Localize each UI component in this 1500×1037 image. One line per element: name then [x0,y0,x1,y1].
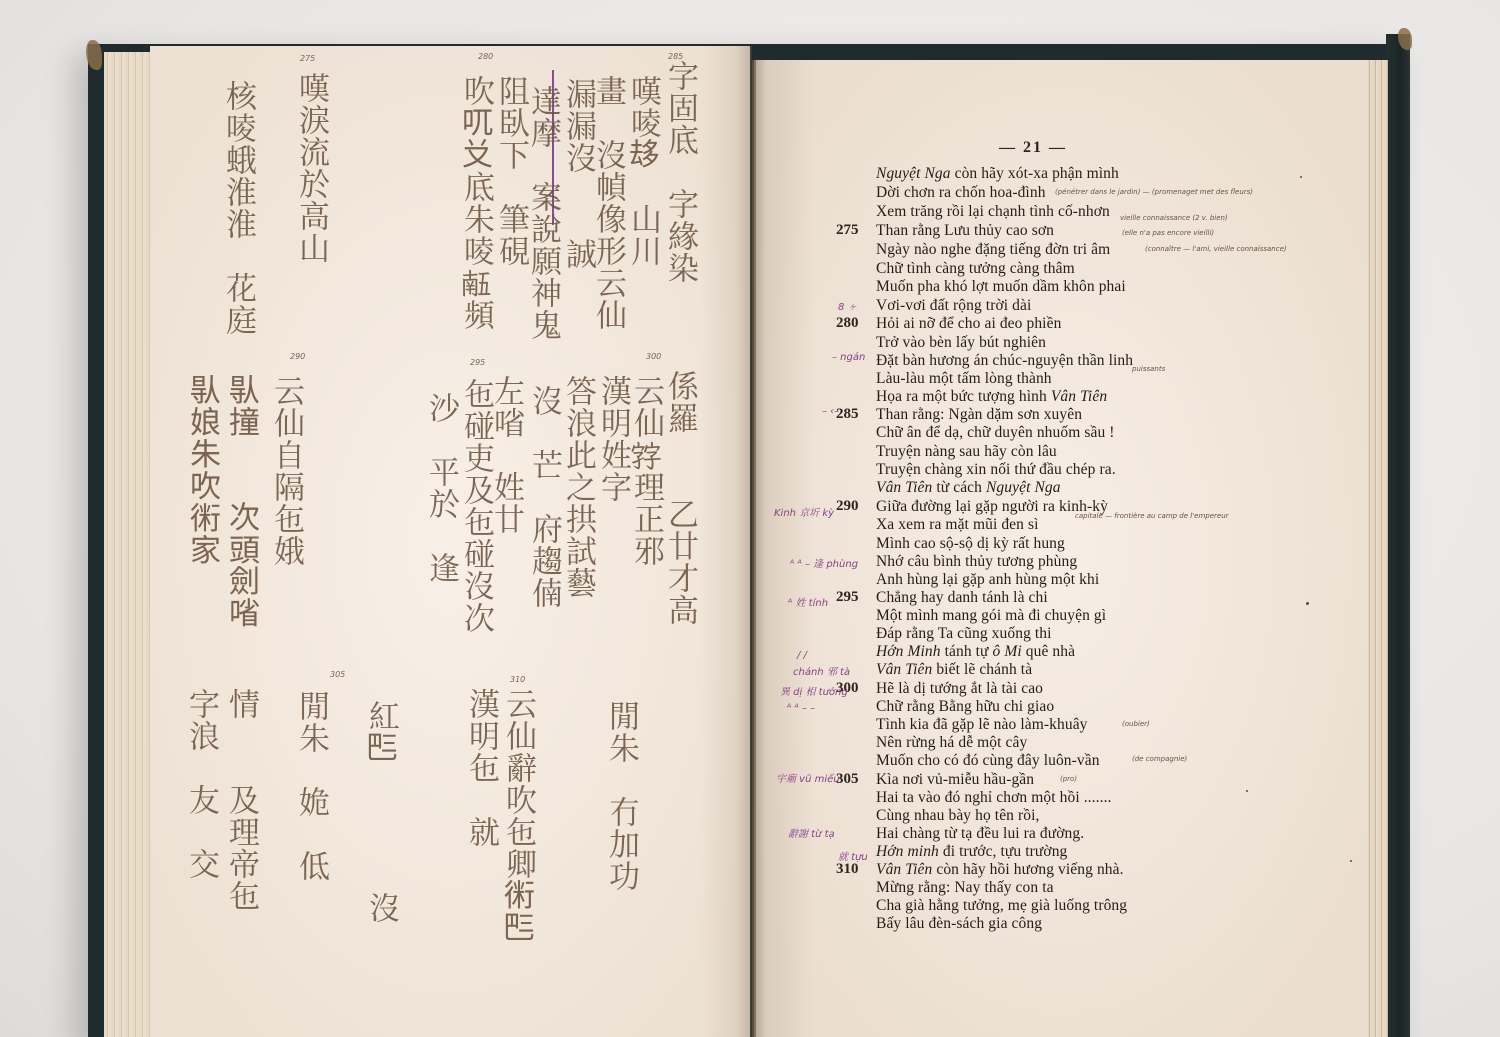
handwritten-column: 閒朱𦋦冇加功 [605,700,636,892]
verse-line: Ngày nào nghe đặng tiếng đờn tri âm [876,241,1110,259]
handwritten-column: 情𡗶𢬣及理帝㐌𧻭 [225,688,256,944]
verse-text: còn hãy xót-xa phận mình [951,165,1119,182]
purple-margin-annotation: – ‹– [822,406,839,417]
handwritten-column: 𠊛娘朱吹𧗱家 [188,375,219,567]
verse-text: Hai chàng từ tạ đều lui ra đường. [876,825,1084,842]
verse-line: Hỏi ai nỡ để cho ai đeo phiền [876,315,1061,333]
purple-margin-annotation: 就 tựu [838,848,868,863]
verse-text: Chữ ân để dạ, chữ duyên nhuốm sầu ! [876,424,1115,441]
handwritten-column: 嘆淚流於高山 [295,72,326,264]
verse-line: Mình cao sộ-sộ dị kỳ rất hung [876,535,1065,553]
verse-line: Hẽ là dị tướng ắt là tài cao [876,680,1043,698]
verse-text: Than rằng: Ngàn dặm sơn xuyên [876,406,1082,423]
verse-text: Ngày nào nghe đặng tiếng đờn tri âm [876,241,1110,258]
handwritten-column: 閒朱𢬣姽𡗶低𦓿𩯁 [295,690,326,946]
verse-italic-name: Vân Tiên [876,661,932,678]
paper-speck [1350,860,1352,862]
purple-margin-annotation: 辭謝 từ tạ [788,825,835,840]
french-gloss-annotation: (connaître — l'ami, vieille connaissance… [1145,245,1287,253]
verse-text: Làu-làu một tấm lòng thành [876,370,1052,387]
verse-text: Một mình mang gói mà đi chuyện gì [876,607,1106,624]
handwritten-column: 𥘷高𢼂𢼂𡗶𦋦𧻭凶 [390,392,421,648]
verse-line: Chữ ân để dạ, chữ duyên nhuốm sầu ! [876,424,1115,442]
handwritten-column: 𦓿𥙩𢬣𩵜𩯁繞 [355,380,386,572]
verse-text: Hẽ là dị tướng ắt là tài cao [876,680,1043,697]
verse-line: Vơi-vơi đất rộng trời dài [876,297,1031,315]
verse-text: Xem trăng rồi lại chạnh tình cố-nhơn [876,203,1110,220]
verse-text: Đặt bàn hương án chúc-nguyện thần linh [876,352,1133,369]
handwritten-column: 字固底𢫝字緣染𤢿 [664,60,695,316]
page-stack-left [104,52,154,1037]
verse-line: Một mình mang gói mà đi chuyện gì [876,607,1106,625]
handwritten-column: 漢明姓字𨎇𨂔𦋦𠀧 [597,375,628,631]
verse-number-annotation: 275 [300,54,315,63]
purple-margin-annotation: 宇廟 vũ miếu [776,770,840,785]
french-gloss-annotation: (pénétrer dans le jardin) — (promenaget … [1055,188,1253,196]
verse-line: Tình kia đã gặp lẽ nào làm-khuây [876,716,1088,734]
handwritten-column: 𠊛撞𡗶𦋦次頭劍㗂 [227,375,258,631]
page-number: — 21 — [999,139,1067,157]
verse-text: Nên rừng há dễ một cây [876,734,1027,751]
verse-line: Muốn pha khó lợt muốn dầm khôn phai [876,278,1126,296]
paper-speck [1246,790,1248,792]
verse-number-annotation: 295 [470,358,485,367]
verse-text: Vơi-vơi đất rộng trời dài [876,297,1031,314]
handwritten-column: 㐌碰吏及㐌碰沒次 [460,378,491,634]
purple-margin-annotation: ᴬ ᴬ – 逢 phùng [790,555,858,570]
verse-line: Hai ta vào đó nghỉ chơn một hồi ....... [876,789,1112,807]
handwritten-column: 云仙𡦂理正邪 [630,375,661,567]
verse-text: Truyện chàng xin nối thứ đầu chép ra. [876,461,1116,478]
verse-text: đi trước, tựu trường [939,843,1068,860]
verse-text: Nhớ câu bình thủy tương phùng [876,553,1077,570]
verse-italic-name: ô Mi [993,643,1022,660]
handwritten-column: 阻臥下𨑜筆硯 [495,75,526,267]
verse-line: Đáp rằng Ta cũng xuống thi [876,625,1052,643]
handwritten-column: 沙𤲂平於𢬣逢 [425,392,456,584]
verse-line-number: 275 [836,222,859,239]
verse-line: Vân Tiên biết lẽ chánh tà [876,661,1032,679]
french-gloss-annotation: (elle n'a pas encore vieilli) [1122,229,1214,237]
handwritten-column: 畫𠰳沒幀像形云仙 [592,75,623,331]
verse-text: Cha già hằng tưởng, mẹ già luống trông [876,897,1127,914]
handwritten-column: 𡗶𡲈宇廟𠋿𠁑 [330,688,361,880]
verse-line: Cùng nhau bày họ tên rồi, [876,807,1040,825]
verse-text: biết lẽ chánh tà [932,661,1032,678]
verse-text: Cùng nhau bày họ tên rồi, [876,807,1040,824]
verse-line: Vân Tiên từ cách Nguyệt Nga [876,479,1061,497]
right-gutter-shadow [754,60,814,1037]
purple-margin-annotation: / / [797,650,807,661]
purple-margin-annotation: 8 ヶ [838,298,858,313]
verse-text: Trở vào bèn lấy bút nghiên [876,334,1046,351]
verse-text: Mình cao sộ-sộ dị kỳ rất hung [876,535,1065,552]
handwritten-column: 𠳨施𤒘泑𠳨淦坤沛 [395,75,426,331]
french-gloss-annotation: (pro) [1060,775,1077,783]
paper-speck [1300,176,1302,178]
verse-italic-name: Vân Tiên [1051,388,1107,405]
handwritten-column: 𥙩巴陵吏郑情故人 [260,80,291,336]
french-gloss-annotation: (oubier) [1122,720,1150,728]
verse-italic-name: Hớn minh [876,843,939,860]
verse-line: Vân Tiên còn hãy hồi hương viếng nhà. [876,861,1124,879]
verse-line: Xem trăng rồi lại chạnh tình cố-nhơn [876,203,1110,221]
handwritten-column: 𦓿壇吏及𠊛㗂京城 [312,365,343,621]
verse-line: Chữ rằng Bằng hữu chi giao [876,698,1054,716]
handwritten-column: 𣘊梭𥙩易沒核 [263,695,294,887]
verse-line: Hớn Minh tánh tự ô Mi quê nhà [876,643,1075,661]
verse-line: Than rằng Lưu thủy cao sơn [876,222,1054,240]
purple-margin-annotation: 異 dị 相 tướng [780,683,848,698]
verse-line: Hai chàng từ tạ đều lui ra đường. [876,825,1084,843]
purple-margin-annotation: – ngán [832,352,865,363]
verse-italic-name: Vân Tiên [876,861,932,878]
handwritten-column: 云仙自隔㐌娥 [270,375,301,567]
handwritten-column: 沒𦷾芒𦒹府趨㑲𠄼 [528,385,559,641]
page-stack-right [1366,60,1388,1037]
verse-text: từ cách [932,479,986,496]
verse-number-annotation: 290 [290,352,305,361]
verse-line: Bấy lâu đèn-sách gia công [876,915,1042,933]
handwritten-column: 漢明㐌𡗶就𢚸 [465,688,496,880]
verse-line: Xa xem ra mặt mũi đen sì [876,516,1039,534]
verse-text: Chẳng hay danh tánh là chi [876,589,1048,606]
book-cover-edge-right [1386,34,1410,1037]
verse-text: Đáp rằng Ta cũng xuống thi [876,625,1052,642]
verse-line: Truyện chàng xin nối thứ đầu chép ra. [876,461,1116,479]
verse-text: còn hãy hồi hương viếng nhà. [932,861,1123,878]
handwritten-column: 答浪此之拱試藝 [562,375,593,599]
verse-line: Giữa đường lại gặp người ra kinh-kỳ [876,498,1108,516]
verse-text: Bấy lâu đèn-sách gia công [876,915,1042,932]
handwritten-column: 𡥵娥𩵜吹𡀮㐌命 [182,80,213,304]
verse-line-number: 295 [836,589,859,606]
verse-text: Dời chơn ra chốn hoa-đình [876,184,1046,201]
handwritten-column: 𢧚𢖵𢖵𠰘𢬣喑𢖵 [362,85,393,309]
verse-text: Xa xem ra mặt mũi đen sì [876,516,1039,533]
verse-line-number: 285 [836,406,859,423]
french-gloss-annotation: puissants [1132,365,1165,373]
verse-text: Chữ tình càng tưởng càng thâm [876,260,1075,277]
verse-text: quê nhà [1022,643,1075,660]
handwritten-column: 紅𠀧𠾕𧴱𢬣𢬣沒 [365,700,396,924]
verse-italic-name: Nguyệt Nga [986,479,1061,496]
verse-text: Anh hùng lại gặp anh hùng một khi [876,571,1099,588]
verse-line: Than rằng: Ngàn dặm sơn xuyên [876,406,1082,424]
verse-line: Nên rừng há dễ một cây [876,734,1027,752]
verse-line: Chữ tình càng tưởng càng thâm [876,260,1075,278]
verse-text: Truyện nàng sau hãy còn lâu [876,443,1057,460]
handwritten-column: 漏漏沒𠰘𦓡誠 [562,78,593,270]
verse-italic-name: Hớn Minh [876,643,941,660]
verse-italic-name: Vân Tiên [876,479,932,496]
handwritten-column: 𡗶𦋦𢬣𢬣𨐮朱 [398,710,429,902]
purple-margin-annotation: chánh 邪 tà [793,663,850,678]
handwritten-column: 左㗂𡧲姓廿𠄼 [490,375,521,567]
book-spine-fold [752,60,756,1037]
verse-text: Hỏi ai nỡ để cho ai đeo phiền [876,315,1061,332]
handwritten-column: 𣾼𣾼坦㖫吞坤 [428,72,459,264]
verse-line: Anh hùng lại gặp anh hùng một khi [876,571,1099,589]
handwritten-column: 字浪𢜝友𠄼交 [185,688,216,880]
verse-line: Nguyệt Nga còn hãy xót-xa phận mình [876,165,1119,183]
handwritten-column: 吹𠮾𠬠底朱㖫𠄼頻 [460,75,491,331]
verse-line: Họa ra một bức tượng hình Vân Tiên [876,388,1107,406]
purple-margin-annotation: ᴬ 姓 tính [788,594,828,609]
handwritten-column: 云仙辭吹㐌卿𧗱𠀧 [502,688,533,944]
verse-number-annotation: 300 [646,352,661,361]
verse-line: Chẳng hay danh tánh là chi [876,589,1048,607]
verse-italic-name: Nguyệt Nga [876,165,951,182]
verse-line: Truyện nàng sau hãy còn lâu [876,443,1057,461]
verse-line: Đặt bàn hương án chúc-nguyện thần linh [876,352,1133,370]
french-gloss-annotation: (de compagnie) [1132,755,1187,763]
handwritten-column: 達摩𢆥案說願神鬼 [527,85,558,341]
verse-text: tánh tự [941,643,993,660]
verse-number-annotation: 305 [330,670,345,679]
verse-line-number: 280 [836,315,859,332]
verse-text: Họa ra một bức tượng hình [876,388,1051,405]
verse-line: Muốn cho có đó cùng đây luôn-vần [876,752,1100,770]
left-gutter-shadow [700,46,752,1037]
verse-line: Nhớ câu bình thủy tương phùng [876,553,1077,571]
verse-text: Muốn cho có đó cùng đây luôn-vần [876,752,1100,769]
verse-text: Chữ rằng Bằng hữu chi giao [876,698,1054,715]
french-gloss-annotation: vieille connaissance (2 v. bien) [1120,214,1228,222]
purple-margin-annotation: Kinh 京圻 kỳ [774,504,834,519]
verse-line-number: 290 [836,498,859,515]
verse-text: Giữa đường lại gặp người ra kinh-kỳ [876,498,1108,515]
verse-text: Hai ta vào đó nghỉ chơn một hồi ....... [876,789,1112,806]
handwritten-column: 𠸗𥗾恒𢬣𢬣㐌𥗾𨷈䊚 [570,698,601,986]
verse-line: Cha già hằng tưởng, mẹ già luống trông [876,897,1127,915]
handwritten-column: 𢜝淚吟睵𡗶𡗶𠀧 [537,700,568,924]
verse-line: Trở vào bèn lấy bút nghiên [876,334,1046,352]
purple-margin-annotation: ᴬ ᴬ – – [787,703,815,714]
verse-number-annotation: 285 [668,52,683,61]
paper-speck [1306,602,1309,605]
verse-line: Dời chơn ra chốn hoa-đình [876,184,1046,202]
verse-line-number: 310 [836,861,859,878]
verse-line: Mừng rằng: Nay thấy con ta [876,879,1054,897]
verse-text: Tình kia đã gặp lẽ nào làm-khuây [876,716,1088,733]
verse-text: Muốn pha khó lợt muốn dầm khôn phai [876,278,1126,295]
verse-number-annotation: 280 [478,52,493,61]
verse-text: Kìa nơi vủ-miễu hầu-gần [876,771,1034,788]
handwritten-column: 係羅𡗶𢬣乙廿才高 [664,370,695,626]
handwritten-column: 𥪝帝腔䜹嘀彈知高 [325,78,356,334]
verse-line: Kìa nơi vủ-miễu hầu-gần [876,771,1034,789]
handwritten-column: 核㖫蛾淮淮𦍛花庭 [222,80,253,336]
verse-line: Làu-làu một tấm lòng thành [876,370,1052,388]
handwritten-column: 嘆㖫𠫾𢜝山川 [627,75,658,267]
handwritten-column: 𥒮撞辭謝絪𦛌𠰘壇 [430,700,461,956]
verse-number-annotation: 310 [510,675,525,684]
verse-line: Hớn minh đi trước, tựu trường [876,843,1067,861]
french-gloss-annotation: capitale — frontière au camp de l'empere… [1075,512,1229,520]
verse-text: Mừng rằng: Nay thấy con ta [876,879,1054,896]
verse-text: Than rằng Lưu thủy cao sơn [876,222,1054,239]
